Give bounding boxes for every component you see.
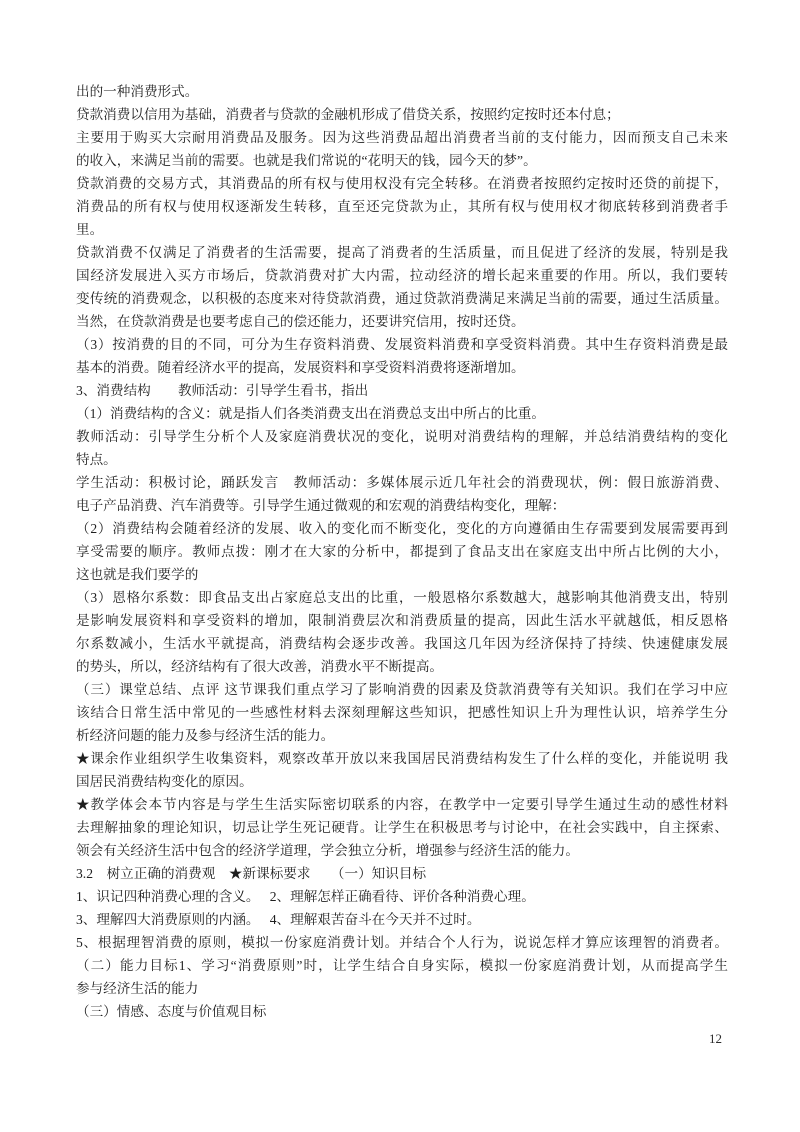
text-line: 里。 [76, 218, 728, 241]
text-line: 的势头，所以，经济结构有了很大改善，消费水平不断提高。 [76, 655, 728, 678]
text-line: 国经济发展进入买方市场后，贷款消费对扩大内需，拉动经济的增长起来重要的作用。所以… [76, 264, 728, 287]
text-line: （3）按消费的目的不同，可分为生存资料消费、发展资料消费和享受资料消费。其中生存… [76, 333, 728, 356]
text-line: 学生活动：积极讨论，踊跃发言 教师活动：多媒体展示近几年社会的消费现状，例：假日… [76, 471, 728, 494]
text-line: 主要用于购买大宗耐用消费品及服务。因为这些消费品超出消费者当前的支付能力，因而预… [76, 126, 728, 149]
text-line: （2）消费结构会随着经济的发展、收入的变化而不断变化，变化的方向遵循由生存需要到… [76, 517, 728, 540]
text-line: 贷款消费以信用为基础，消费者与贷款的金融机形成了借贷关系，按照约定按时还本付息； [76, 103, 728, 126]
text-line: 电子产品消费、汽车消费等。引导学生通过微观的和宏观的消费结构变化，理解： [76, 494, 728, 517]
page-number: 12 [76, 1031, 722, 1047]
text-line: 变传统的消费观念，以积极的态度来对待贷款消费，通过贷款消费满足来满足当前的需要，… [76, 287, 728, 310]
text-line: ★课余作业组织学生收集资料，观察改革开放以来我国居民消费结构发生了什么样的变化，… [76, 747, 728, 770]
text-line: 3、消费结构 教师活动：引导学生看书，指出 [76, 379, 728, 402]
text-line: 去理解抽象的理论知识，切忌让学生死记硬背。让学生在积极思考与讨论中，在社会实践中… [76, 816, 728, 839]
text-line: 贷款消费不仅满足了消费者的生活需要，提高了消费者的生活质量，而且促进了经济的发展… [76, 241, 728, 264]
text-line: 教师活动：引导学生分析个人及家庭消费状况的变化，说明对消费结构的理解，并总结消费… [76, 425, 728, 448]
text-line: 国居民消费结构变化的原因。 [76, 770, 728, 793]
text-line: 消费品的所有权与使用权逐渐发生转移，直至还完贷款为止，其所有权与使用权才彻底转移… [76, 195, 728, 218]
text-line: 3.2 树立正确的消费观 ★新课标要求 （一）知识目标 [76, 862, 728, 885]
text-line: 1、识记四种消费心理的含义。 2、理解怎样正确看待、评价各种消费心理。 [76, 885, 728, 908]
document-page: 出的一种消费形式。贷款消费以信用为基础，消费者与贷款的金融机形成了借贷关系，按照… [0, 0, 800, 1132]
text-line: （3）恩格尔系数：即食品支出占家庭总支出的比重，一般恩格尔系数越大，越影响其他消… [76, 586, 728, 609]
text-line: 参与经济生活的能力 [76, 977, 728, 1000]
text-line: ★教学体会本节内容是与学生生活实际密切联系的内容，在教学中一定要引导学生通过生动… [76, 793, 728, 816]
text-line: 3、理解四大消费原则的内涵。 4、理解艰苦奋斗在今天并不过时。 [76, 908, 728, 931]
text-line: 贷款消费的交易方式，其消费品的所有权与使用权没有完全转移。在消费者按照约定按时还… [76, 172, 728, 195]
text-line: （1）消费结构的含义：就是指人们各类消费支出在消费总支出中所占的比重。 [76, 402, 728, 425]
text-line: 是影响发展资料和享受资料的增加，限制消费层次和消费质量的提高，因此生活水平就越低… [76, 609, 728, 632]
text-line: 基本的消费。随着经济水平的提高，发展资料和享受资料消费将逐渐增加。 [76, 356, 728, 379]
text-line: （三）情感、态度与价值观目标 [76, 1000, 728, 1023]
document-text-block: 出的一种消费形式。贷款消费以信用为基础，消费者与贷款的金融机形成了借贷关系，按照… [76, 80, 728, 1023]
text-line: 尔系数减小，生活水平就提高，消费结构会逐步改善。我国这几年因为经济保持了持续、快… [76, 632, 728, 655]
text-line: 该结合日常生活中常见的一些感性材料去深刻理解这些知识，把感性知识上升为理性认识，… [76, 701, 728, 724]
text-line: （三）课堂总结、点评 这节课我们重点学习了影响消费的因素及贷款消费等有关知识。我… [76, 678, 728, 701]
text-line: 析经济问题的能力及参与经济生活的能力。 [76, 724, 728, 747]
text-line: 当然，在贷款消费是也要考虑自己的偿还能力，还要讲究信用，按时还贷。 [76, 310, 728, 333]
text-line: 领会有关经济生活中包含的经济学道理，学会独立分析，增强参与经济生活的能力。 [76, 839, 728, 862]
text-line: 出的一种消费形式。 [76, 80, 728, 103]
text-line: 5、根据理智消费的原则，模拟一份家庭消费计划。并结合个人行为，说说怎样才算应该理… [76, 931, 728, 954]
text-line: 的收入，来满足当前的需要。也就是我们常说的“花明天的钱，园今天的梦”。 [76, 149, 728, 172]
text-line: 享受需要的顺序。教师点拨：刚才在大家的分析中，都提到了食品支出在家庭支出中所占比… [76, 540, 728, 563]
text-line: 这也就是我们要学的 [76, 563, 728, 586]
text-line: 特点。 [76, 448, 728, 471]
text-line: （二）能力目标1、学习“消费原则”时，让学生结合自身实际，模拟一份家庭消费计划，… [76, 954, 728, 977]
